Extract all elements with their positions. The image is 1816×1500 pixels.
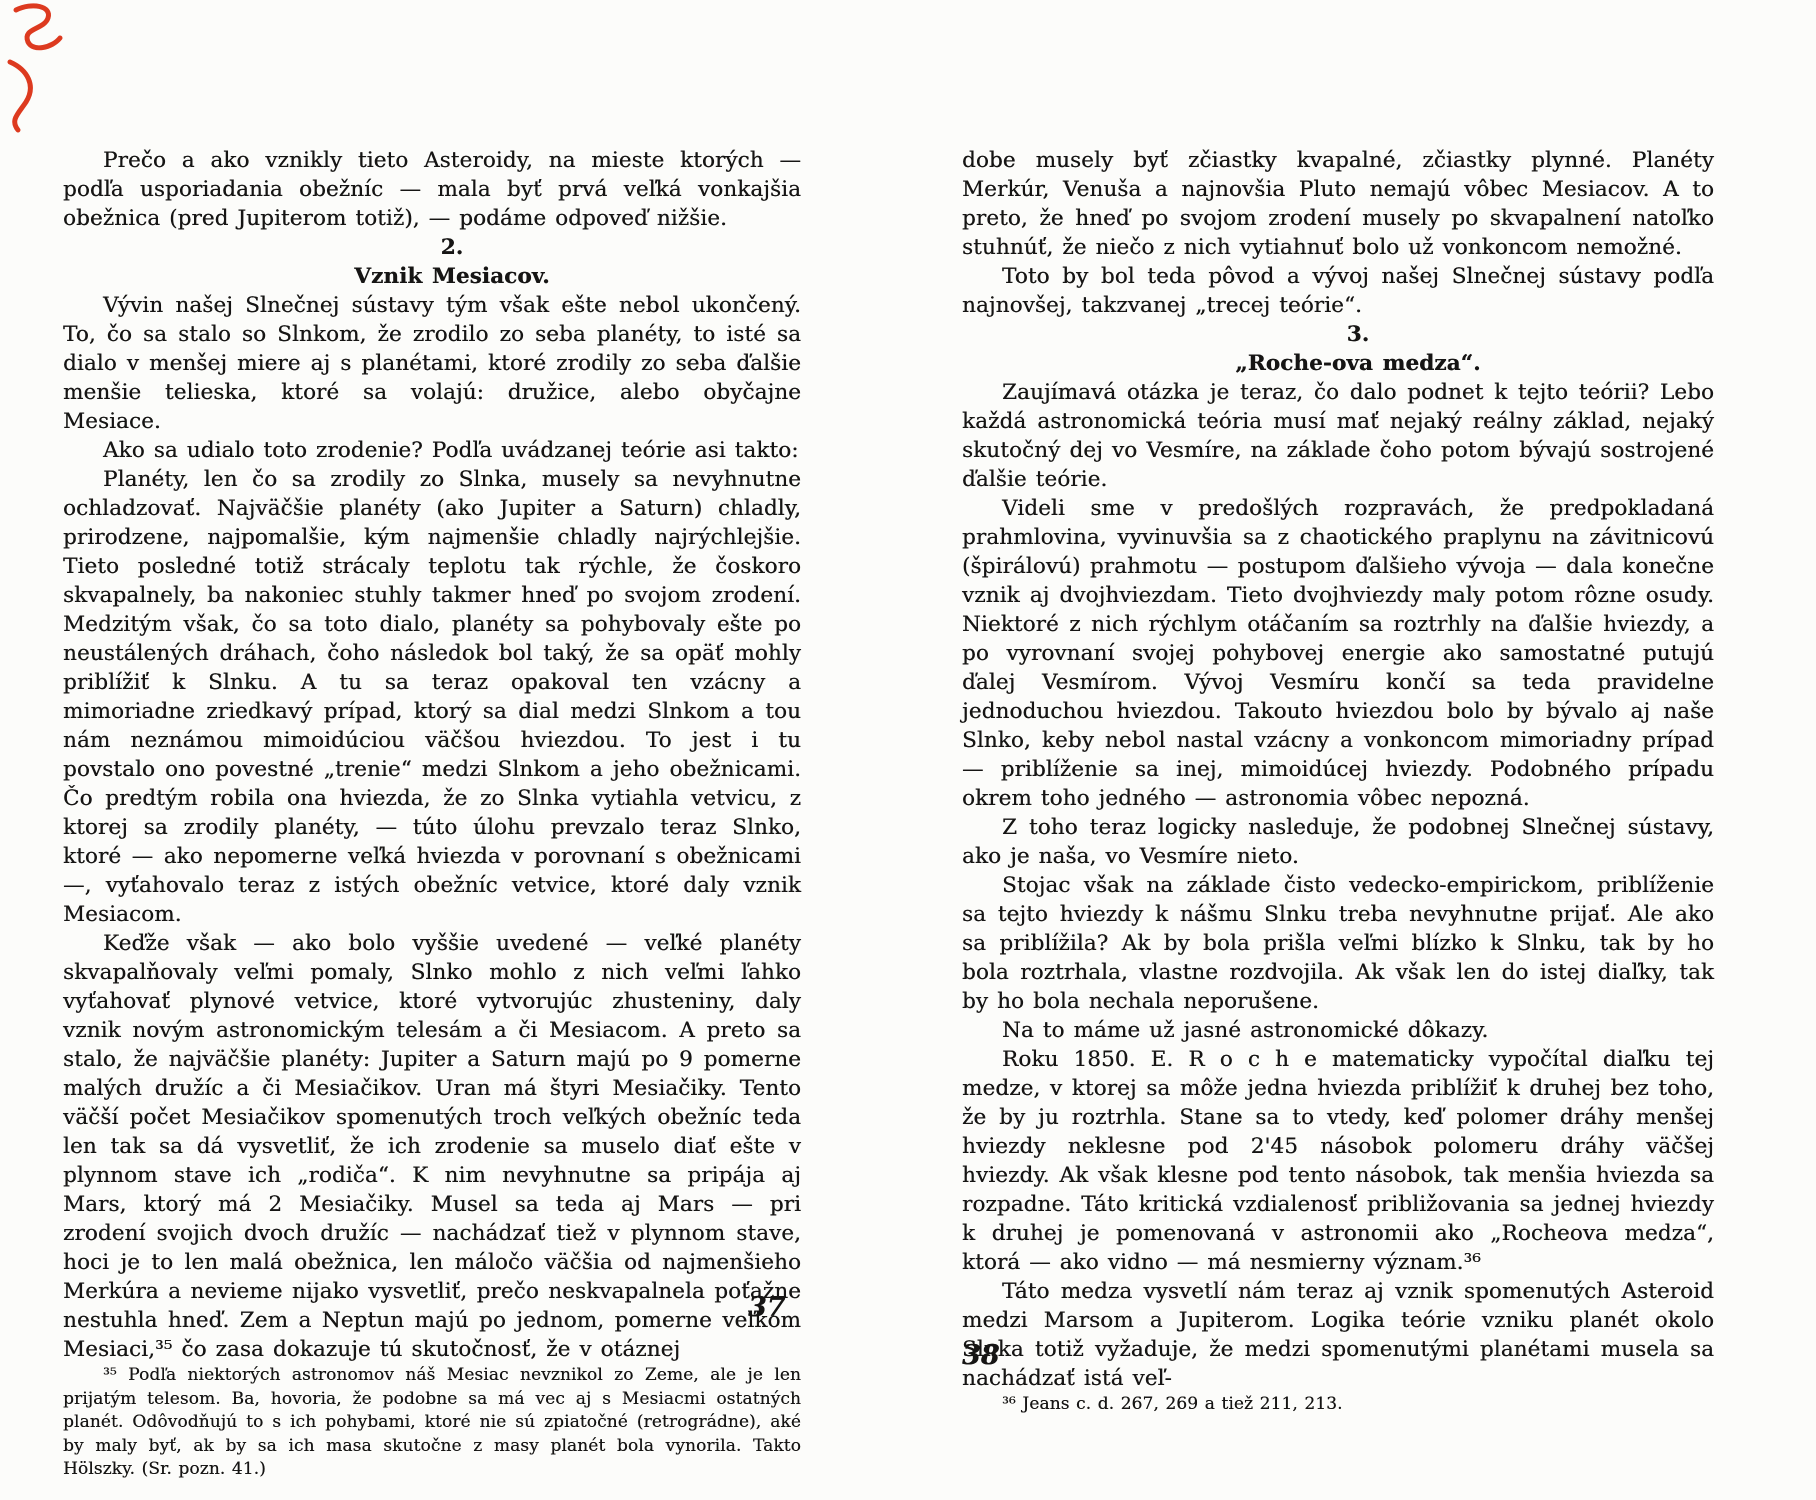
paragraph: Z toho teraz logicky nasleduje, že podob… <box>962 813 1714 871</box>
page-number-left: 37 <box>748 1292 786 1323</box>
footnote: ³⁵ Podľa niektorých astronomov náš Mesia… <box>63 1364 801 1482</box>
paragraph: Prečo a ako vznikly tieto Asteroidy, na … <box>63 146 801 233</box>
right-page: dobe musely byť zčiastky kvapalné, zčias… <box>962 146 1714 1417</box>
paragraph: Táto medza vysvetlí nám teraz aj vznik s… <box>962 1277 1714 1393</box>
paragraph: Ako sa udialo toto zrodenie? Podľa uvádz… <box>63 436 801 465</box>
section-title: „Roche-ova medza“. <box>962 349 1714 378</box>
paragraph: Na to máme už jasné astronomické dôkazy. <box>962 1016 1714 1045</box>
paragraph: Keďže však — ako bolo vyššie uvedené — v… <box>63 929 801 1364</box>
section-number: 3. <box>962 320 1714 349</box>
red-pen-annotation <box>2 0 82 140</box>
section-title: Vznik Mesiacov. <box>63 262 801 291</box>
paragraph: Zaujímavá otázka je teraz, čo dalo podne… <box>962 378 1714 494</box>
section-number: 2. <box>63 233 801 262</box>
paragraph: Toto by bol teda pôvod a vývoj našej Sln… <box>962 262 1714 320</box>
footnote: ³⁶ Jeans c. d. 267, 269 a tiež 211, 213. <box>962 1393 1714 1417</box>
paragraph: Videli sme v predošlých rozpravách, že p… <box>962 494 1714 813</box>
paragraph: Vývin našej Slnečnej sústavy tým však eš… <box>63 291 801 436</box>
page-number-right: 38 <box>962 1340 1000 1371</box>
left-page: Prečo a ako vznikly tieto Asteroidy, na … <box>63 146 801 1482</box>
paragraph: Stojac však na základe čisto vedecko-emp… <box>962 871 1714 1016</box>
paragraph: Planéty, len čo sa zrodily zo Slnka, mus… <box>63 465 801 929</box>
paragraph: dobe musely byť zčiastky kvapalné, zčias… <box>962 146 1714 262</box>
paragraph: Roku 1850. E. R o c h e matematicky vypo… <box>962 1045 1714 1277</box>
